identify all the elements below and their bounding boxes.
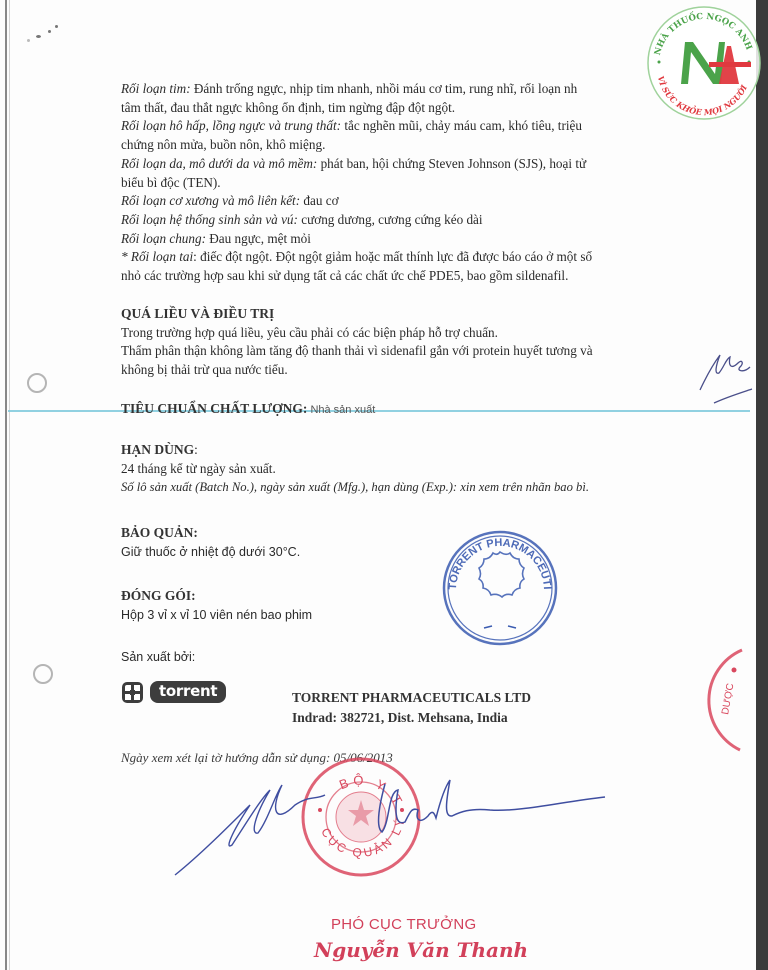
manufacturer-name: TORRENT PHARMACEUTICALS LTD <box>292 688 531 708</box>
punch-hole <box>27 373 47 393</box>
overdose-line: không bị thải trừ qua nước tiểu. <box>121 361 593 380</box>
scan-speck <box>36 35 41 38</box>
manufacturer-info: TORRENT PHARMACEUTICALS LTD Indrad: 3827… <box>292 688 531 728</box>
packing-text: Hộp 3 vỉ x vỉ 10 viên nén bao phim <box>121 606 312 625</box>
scan-speck <box>27 39 30 42</box>
shelf-life-section: HẠN DÙNG: 24 tháng kể từ ngày sản xuất. … <box>121 441 589 497</box>
packing-heading: ĐÓNG GÓI: <box>121 587 312 606</box>
overdose-line: Thẩm phân thận không làm tăng độ thanh t… <box>121 342 593 361</box>
manufacturer-address: Indrad: 382721, Dist. Mehsana, India <box>292 708 531 728</box>
side-effect-line: * Rối loạn tai: điếc đột ngột. Đột ngột … <box>121 248 681 267</box>
signatory-title: PHÓ CỤC TRƯỞNG <box>331 916 476 933</box>
quality-value: Nhà sản xuất <box>307 404 375 416</box>
page-left-edge <box>5 0 7 970</box>
signatory-name: Nguyễn Văn Thanh <box>314 938 528 962</box>
pharmacy-watermark-logo: NHÀ THUỐC NGỌC ANH VÌ SỨC KHỎE MỌI NGƯỜI <box>645 2 763 124</box>
side-effect-line: nhỏ các trường hợp sau khi sử dụng tất c… <box>121 267 681 286</box>
signature-right <box>360 772 610 852</box>
shelf-life-duration: 24 tháng kể từ ngày sản xuất. <box>121 460 589 479</box>
side-effect-line: Rối loạn tim: Đánh trống ngực, nhịp tim … <box>121 80 681 99</box>
overdose-section: QUÁ LIỀU VÀ ĐIỀU TRỊ Trong trường hợp qu… <box>121 305 593 379</box>
overdose-line: Trong trường hợp quá liều, yêu cầu phải … <box>121 324 593 343</box>
packing-section: ĐÓNG GÓI: Hộp 3 vỉ x vỉ 10 viên nén bao … <box>121 587 312 624</box>
scanned-document-page: Rối loạn tim: Đánh trống ngực, nhịp tim … <box>0 0 768 970</box>
torrent-logo: torrent <box>122 681 226 703</box>
scan-speck <box>55 25 58 28</box>
side-effect-line: Rối loạn hệ thống sinh sản và vú: cương … <box>121 211 681 230</box>
page-right-border <box>756 0 768 970</box>
quality-standard: TIÊU CHUẨN CHẤT LƯỢNG: Nhà sản xuất <box>121 400 375 420</box>
partial-seal-stamp: DƯỢC <box>692 640 762 760</box>
svg-text:DƯỢC: DƯỢC <box>720 683 736 716</box>
side-effect-line: biểu bì độc (TEN). <box>121 174 681 193</box>
page-left-edge-shadow <box>9 0 10 970</box>
storage-section: BẢO QUẢN: Giữ thuốc ở nhiệt độ dưới 30°C… <box>121 524 300 561</box>
storage-text: Giữ thuốc ở nhiệt độ dưới 30°C. <box>121 543 300 562</box>
scan-speck <box>48 30 51 33</box>
side-effects-section: Rối loạn tim: Đánh trống ngực, nhịp tim … <box>121 80 681 286</box>
manufactured-by-label: Sản xuất bởi: <box>121 648 195 667</box>
torrent-logo-wordmark: torrent <box>150 681 226 703</box>
side-effect-line: chứng nôn mửa, buồn nôn, khô miệng. <box>121 136 681 155</box>
side-effect-line: tâm thất, đau thắt ngực không ổn định, t… <box>121 99 681 118</box>
punch-hole <box>33 664 53 684</box>
scan-artifact-line <box>8 410 750 412</box>
side-effect-line: Rối loạn hô hấp, lồng ngực và trung thất… <box>121 117 681 136</box>
initials-signature <box>692 345 762 405</box>
overdose-heading: QUÁ LIỀU VÀ ĐIỀU TRỊ <box>121 305 593 324</box>
side-effect-line: Rối loạn da, mô dưới da và mô mềm: phát … <box>121 155 681 174</box>
side-effect-line: Rối loạn chung: Đau ngực, mệt mỏi <box>121 230 681 249</box>
torrent-logo-mark-icon <box>122 682 143 703</box>
storage-heading: BẢO QUẢN: <box>121 524 300 543</box>
company-seal-stamp: TORRENT PHARMACEUTICALS LTD. <box>440 518 560 648</box>
side-effect-line: Rối loạn cơ xương và mô liên kết: đau cơ <box>121 192 681 211</box>
shelf-life-batch-note: Số lô sản xuất (Batch No.), ngày sản xuấ… <box>121 478 589 497</box>
shelf-life-heading: HẠN DÙNG <box>121 442 194 457</box>
quality-heading: TIÊU CHUẨN CHẤT LƯỢNG: <box>121 401 307 416</box>
